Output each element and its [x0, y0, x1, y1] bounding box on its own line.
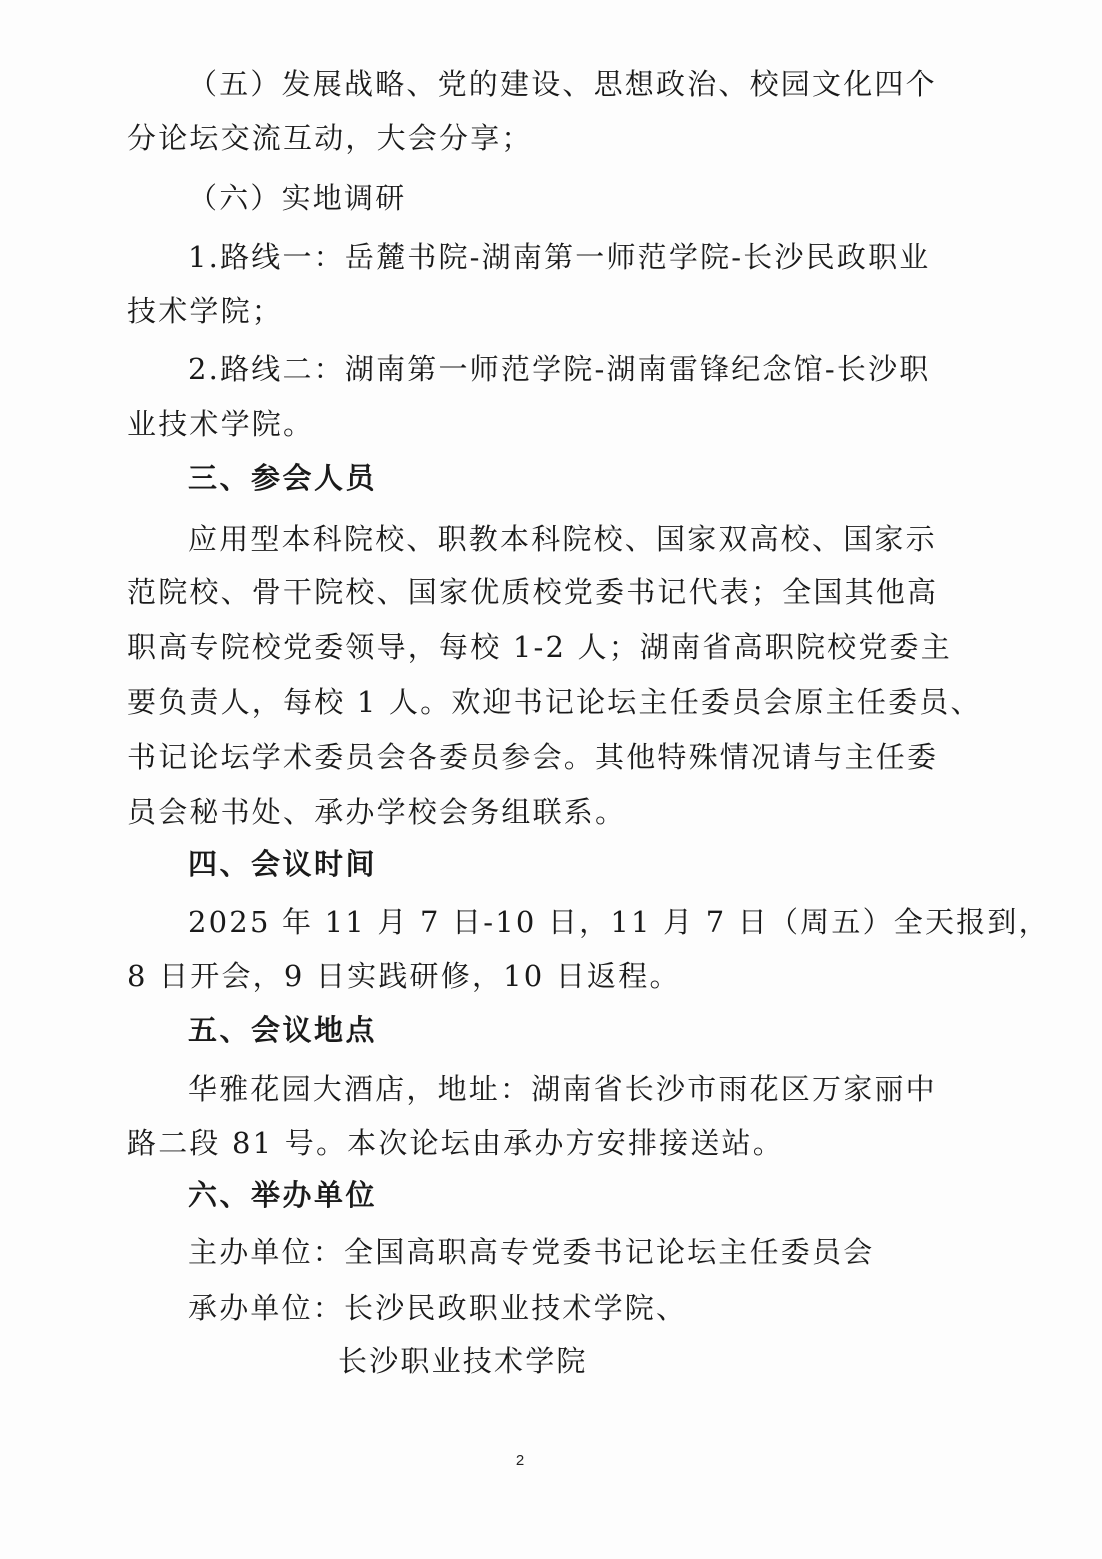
co-organizer-line-2: 长沙职业技术学院: [338, 1341, 1102, 1381]
agenda-item-6: （六）实地调研: [188, 178, 1010, 218]
time-line-2: 8 日开会，9 日实践研修，10 日返程。: [127, 956, 949, 996]
route-2-line-1: 2.路线二：湖南第一师范学院-湖南雷锋纪念馆-长沙职: [188, 349, 1010, 389]
participants-line-3: 职高专院校党委领导，每校 1-2 人；湖南省高职院校党委主: [127, 627, 949, 667]
section-heading-time: 四、会议时间: [188, 844, 1010, 884]
host-organizer: 主办单位：全国高职高专党委书记论坛主任委员会: [188, 1232, 1010, 1272]
section-heading-organizers: 六、举办单位: [188, 1175, 1010, 1215]
participants-line-6: 员会秘书处、承办学校会务组联系。: [127, 792, 949, 832]
participants-line-5: 书记论坛学术委员会各委员参会。其他特殊情况请与主任委: [127, 737, 949, 777]
route-1-line-1: 1.路线一：岳麓书院-湖南第一师范学院-长沙民政职业: [188, 237, 1010, 277]
time-line-1: 2025 年 11 月 7 日-10 日，11 月 7 日（周五）全天报到，: [188, 902, 1010, 942]
agenda-item-5-line-2: 分论坛交流互动，大会分享；: [127, 118, 949, 158]
venue-line-1: 华雅花园大酒店，地址：湖南省长沙市雨花区万家丽中: [188, 1069, 1010, 1109]
participants-line-4: 要负责人，每校 1 人。欢迎书记论坛主任委员会原主任委员、: [127, 682, 949, 722]
route-1-line-2: 技术学院；: [127, 291, 949, 331]
page-number: 2: [0, 1452, 1040, 1469]
participants-line-2: 范院校、骨干院校、国家优质校党委书记代表；全国其他高: [127, 572, 949, 612]
venue-line-2: 路二段 81 号。本次论坛由承办方安排接送站。: [127, 1123, 949, 1163]
document-page: （五）发展战略、党的建设、思想政治、校园文化四个 分论坛交流互动，大会分享； （…: [0, 0, 1102, 1559]
agenda-item-5-line-1: （五）发展战略、党的建设、思想政治、校园文化四个: [188, 64, 1010, 104]
section-heading-participants: 三、参会人员: [188, 458, 1010, 498]
co-organizer-line-1: 承办单位：长沙民政职业技术学院、: [188, 1288, 1010, 1328]
participants-line-1: 应用型本科院校、职教本科院校、国家双高校、国家示: [188, 519, 1010, 559]
section-heading-venue: 五、会议地点: [188, 1010, 1010, 1050]
route-2-line-2: 业技术学院。: [127, 404, 949, 444]
